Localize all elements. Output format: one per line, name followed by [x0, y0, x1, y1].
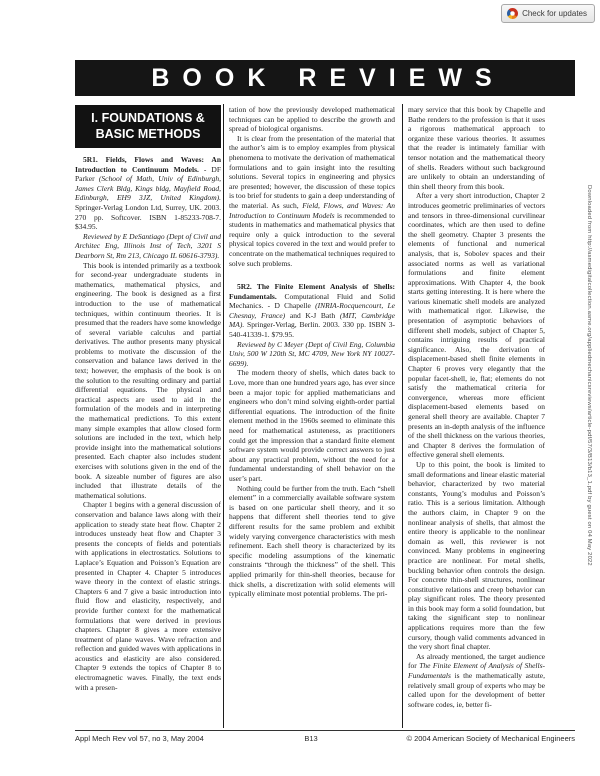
- text-run: tation of how the previously developed m…: [229, 105, 395, 133]
- text-run: After a very short introduction, Chapter…: [408, 191, 545, 459]
- text-run: Springer-Verlag London Ltd, Surrey, UK. …: [75, 203, 221, 231]
- text-run: and K-J Bath: [290, 311, 340, 320]
- section-heading-line1: I. FOUNDATIONS &: [77, 110, 219, 126]
- check-for-updates-label: Check for updates: [522, 9, 587, 18]
- paragraph: Up to this point, the book is limited to…: [408, 460, 545, 652]
- paragraph: 5R2. The Finite Element Analysis of Shel…: [229, 282, 395, 340]
- paragraph: Nothing could be further from the truth.…: [229, 484, 395, 599]
- column-divider: [402, 104, 403, 728]
- text-run: The modern theory of shells, which dates…: [229, 368, 395, 483]
- column-right: mary service that this book by Chapelle …: [408, 105, 545, 709]
- column-left: I. FOUNDATIONS & BASIC METHODS 5R1. Fiel…: [75, 105, 221, 692]
- text-run: This book is intended primarily as a tex…: [75, 261, 221, 500]
- text-run: 5R1. Fields, Flows and Waves: An Introdu…: [75, 155, 221, 174]
- crossmark-icon: [507, 8, 518, 19]
- review-text-middle: tation of how the previously developed m…: [229, 105, 395, 599]
- column-middle: tation of how the previously developed m…: [229, 105, 395, 599]
- review-text-left: 5R1. Fields, Flows and Waves: An Introdu…: [75, 155, 221, 692]
- paragraph: Reviewed by E DeSantiago (Dept of Civil …: [75, 232, 221, 261]
- paragraph: The modern theory of shells, which dates…: [229, 368, 395, 483]
- footer-copyright: © 2004 American Society of Mechanical En…: [406, 734, 575, 743]
- page-title-banner: BOOK REVIEWS: [75, 60, 575, 96]
- paragraph: It is clear from the presentation of the…: [229, 134, 395, 268]
- text-run: Up to this point, the book is limited to…: [408, 460, 545, 651]
- footer: B13 Appl Mech Rev vol 57, no 3, May 2004…: [75, 734, 575, 743]
- paragraph: As already mentioned, the target audienc…: [408, 652, 545, 710]
- column-divider: [223, 104, 224, 728]
- download-watermark: Downloaded from http://asmedigitalcollec…: [586, 185, 592, 566]
- paragraph: tation of how the previously developed m…: [229, 105, 395, 134]
- check-for-updates-button[interactable]: Check for updates: [501, 4, 595, 23]
- paragraph: After a very short introduction, Chapter…: [408, 191, 545, 460]
- text-run: Nothing could be further from the truth.…: [229, 484, 395, 599]
- paragraph: mary service that this book by Chapelle …: [408, 105, 545, 191]
- text-run: Chapter 1 begins with a general discussi…: [75, 500, 221, 691]
- paragraph: This book is intended primarily as a tex…: [75, 261, 221, 501]
- review-text-right: mary service that this book by Chapelle …: [408, 105, 545, 709]
- text-run: mary service that this book by Chapelle …: [408, 105, 545, 191]
- paragraph: 5R1. Fields, Flows and Waves: An Introdu…: [75, 155, 221, 232]
- footer-journal-info: Appl Mech Rev vol 57, no 3, May 2004: [75, 734, 204, 743]
- paragraph: Reviewed by C Meyer (Dept of Civil Eng, …: [229, 340, 395, 369]
- text-run: Reviewed by C Meyer (Dept of Civil Eng, …: [229, 340, 395, 368]
- footer-rule: [75, 730, 575, 731]
- text-run: Springer-Verlag, Berlin. 2003. 330 pp. I…: [229, 320, 395, 339]
- text-run: Reviewed by E DeSantiago (Dept of Civil …: [75, 232, 221, 260]
- section-heading: I. FOUNDATIONS & BASIC METHODS: [75, 105, 221, 148]
- paragraph: Chapter 1 begins with a general discussi…: [75, 500, 221, 692]
- text-run: It is clear from the presentation of the…: [229, 134, 395, 210]
- section-heading-line2: BASIC METHODS: [77, 126, 219, 142]
- page-title: BOOK REVIEWS: [151, 64, 504, 92]
